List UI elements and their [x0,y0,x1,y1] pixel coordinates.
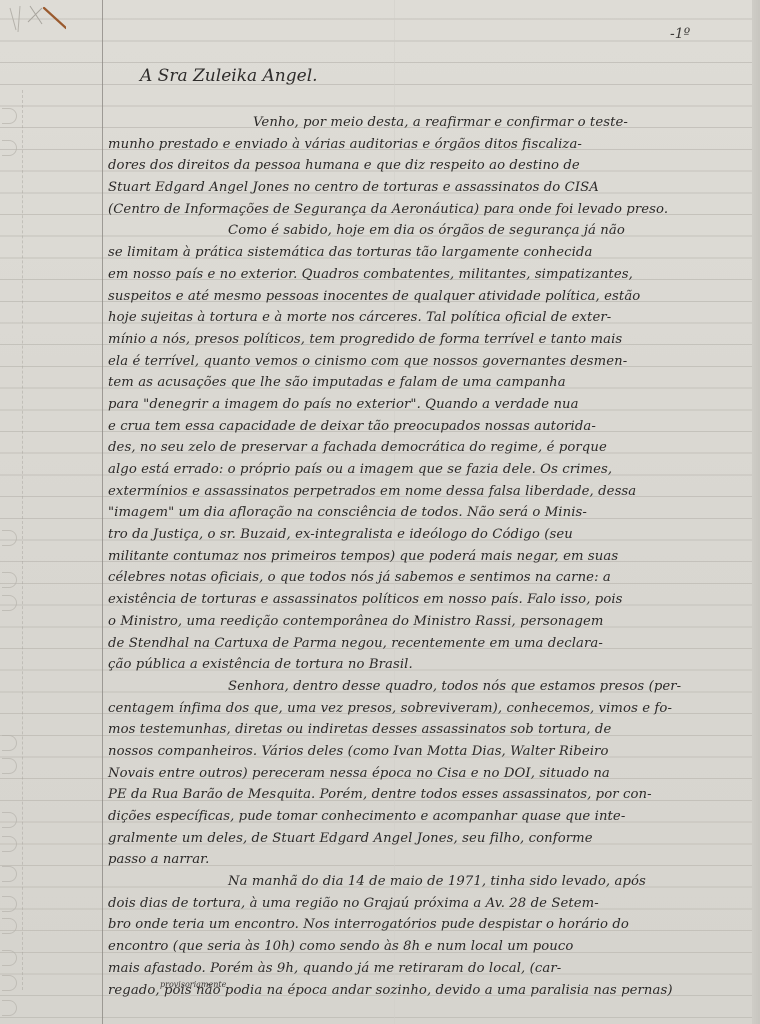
text-line: bro onde teria um encontro. Nos interrog… [108,914,750,936]
text-line: dois dias de tortura, à uma região no Gr… [108,893,750,915]
text-line: existência de torturas e assassinatos po… [108,589,750,611]
text-line: Venho, por meio desta, a reafirmar e con… [108,112,750,134]
text-line: gralmente um deles, de Stuart Edgard Ang… [108,828,750,850]
text-line: o Ministro, uma reedição contemporânea d… [108,611,750,633]
text-line: centagem ínfima dos que, uma vez presos,… [108,698,750,720]
text-line: ela é terrível, quanto vemos o cinismo c… [108,351,750,373]
text-line: em nosso país e no exterior. Quadros com… [108,264,750,286]
text-line: mos testemunhas, diretas ou indiretas de… [108,719,750,741]
text-line: munho prestado e enviado à várias audito… [108,134,750,156]
text-line: tro da Justiça, o sr. Buzaid, ex-integra… [108,524,750,546]
paragraph: Como é sabido, hoje em dia os órgãos de … [108,220,750,675]
text-line: (Centro de Informações de Segurança da A… [108,199,750,221]
text-line: des, no seu zelo de preservar a fachada … [108,437,750,459]
text-line: nossos companheiros. Vários deles (como … [108,741,750,763]
text-line: PE da Rua Barão de Mesquita. Porém, dent… [108,784,750,806]
binder-holes [0,0,60,1024]
salutation: A Sra Zuleika Angel. [140,66,318,86]
text-line: suspeitos e até mesmo pessoas inocentes … [108,286,750,308]
text-line: Na manhã do dia 14 de maio de 1971, tinh… [108,871,750,893]
text-line: algo está errado: o próprio país ou a im… [108,459,750,481]
text-line: mais afastado. Porém às 9h, quando já me… [108,958,750,980]
text-line: "imagem" um dia afloração na consciência… [108,502,750,524]
text-line: Senhora, dentro desse quadro, todos nós … [108,676,750,698]
text-line: Stuart Edgard Angel Jones no centro de t… [108,177,750,199]
text-line: de Stendhal na Cartuxa de Parma negou, r… [108,633,750,655]
text-line: ção pública a existência de tortura no B… [108,654,750,676]
letter-body: Venho, por meio desta, a reafirmar e con… [108,112,750,1001]
text-line: encontro (que seria às 10h) como sendo à… [108,936,750,958]
text-line: mínio a nós, presos políticos, tem progr… [108,329,750,351]
paragraph: Venho, por meio desta, a reafirmar e con… [108,112,750,220]
paper-right-edge [752,0,760,1024]
text-line: tem as acusações que lhe são imputadas e… [108,372,750,394]
page-number: -1º [670,26,690,42]
text-line: passo a narrar. [108,849,750,871]
text-line: Novais entre outros) pereceram nessa épo… [108,763,750,785]
text-line: célebres notas oficiais, o que todos nós… [108,567,750,589]
handwritten-letter-page: -1º A Sra Zuleika Angel. Venho, por meio… [0,0,760,1024]
text-line: Como é sabido, hoje em dia os órgãos de … [108,220,750,242]
corner-pencil-mark-icon [6,2,66,38]
paragraph: Senhora, dentro desse quadro, todos nós … [108,676,750,871]
text-line: hoje sujeitas à tortura e à morte nos cá… [108,307,750,329]
text-line: extermínios e assassinatos perpetrados e… [108,481,750,503]
interlinear-note: provisoriamente [160,980,226,989]
hole-icon [2,1000,17,1016]
margin-line [102,0,103,1024]
text-line: para "denegrir a imagem do país no exter… [108,394,750,416]
text-line: se limitam à prática sistemática das tor… [108,242,750,264]
text-line: dições específicas, pude tomar conhecime… [108,806,750,828]
text-line: militante contumaz nos primeiros tempos)… [108,546,750,568]
text-line: e crua tem essa capacidade de deixar tão… [108,416,750,438]
text-line: dores dos direitos da pessoa humana e qu… [108,155,750,177]
